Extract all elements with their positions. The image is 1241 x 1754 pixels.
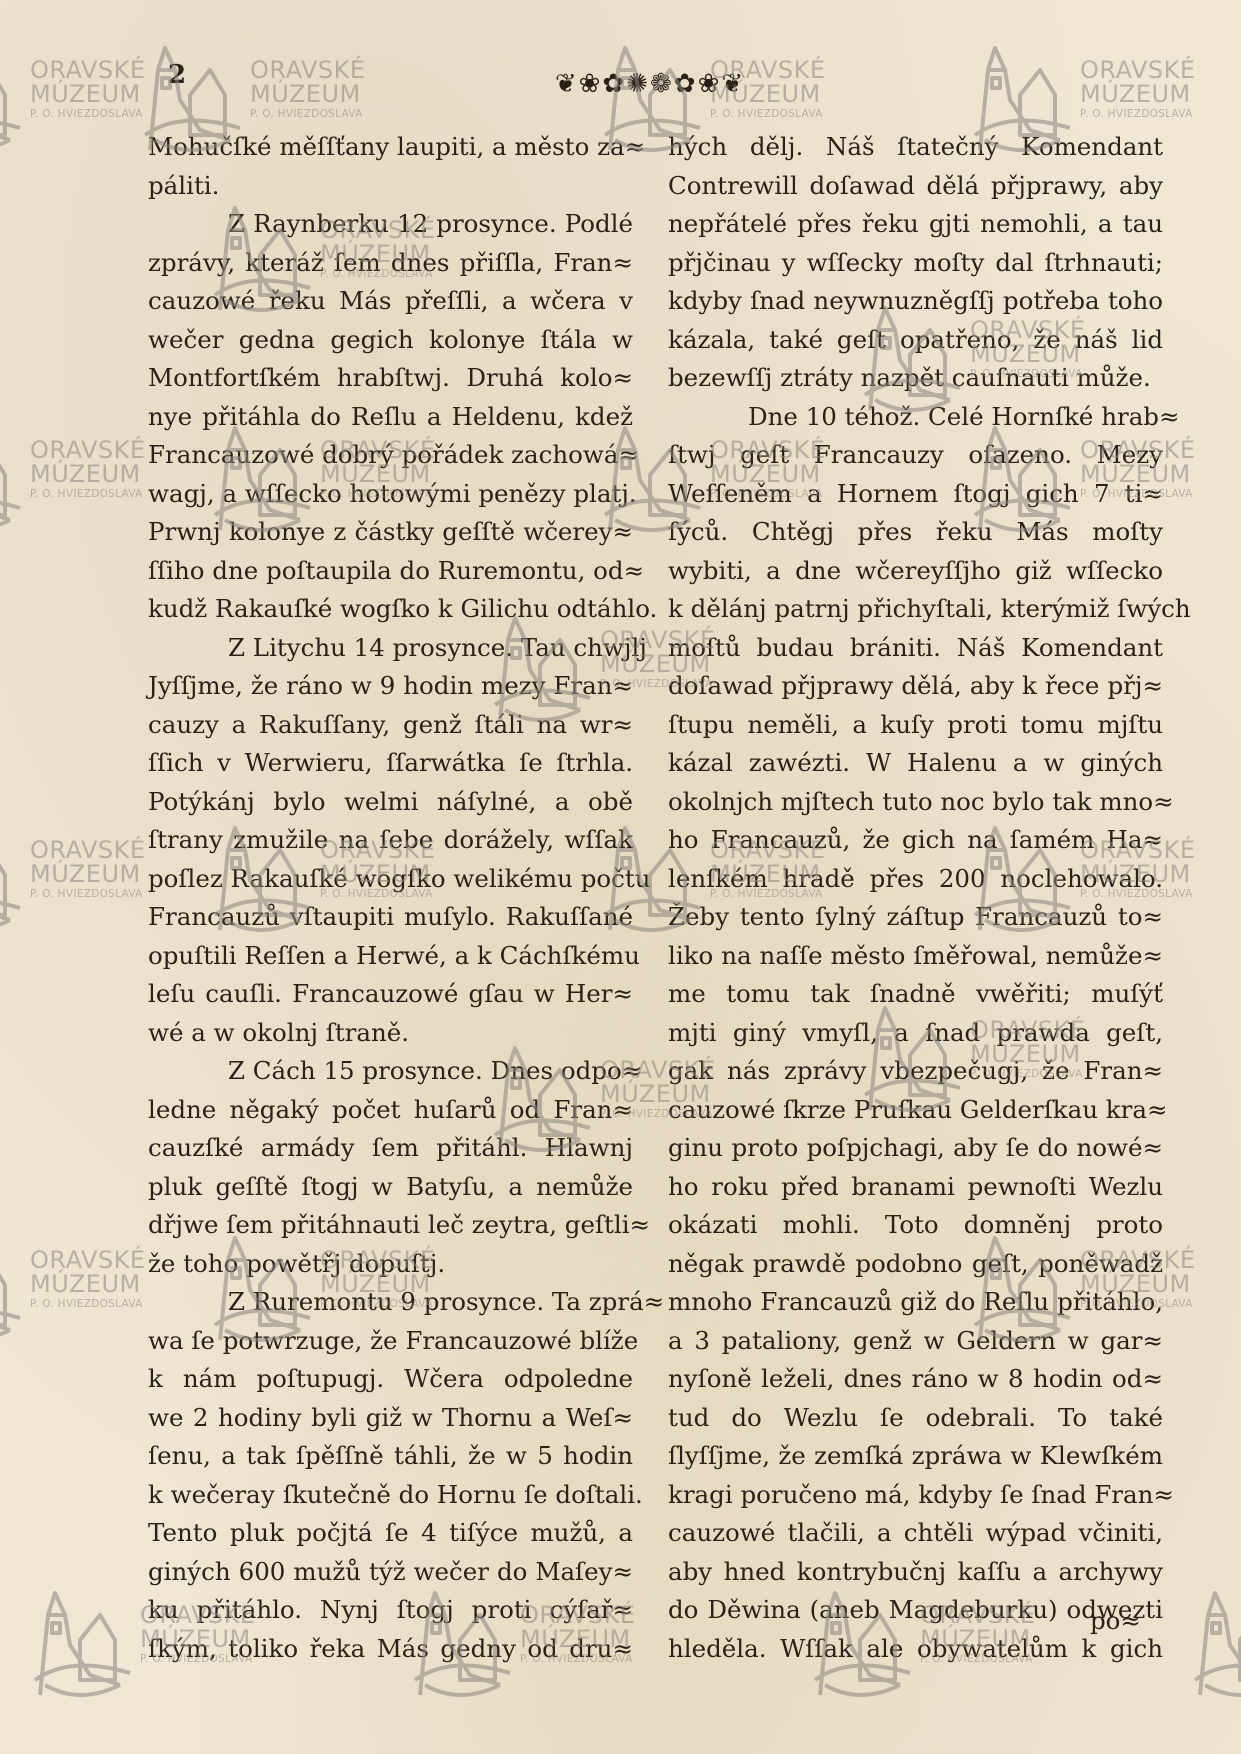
- text-line: opuſtili Reſſen a Herwé, a k Cáchſkému: [148, 937, 633, 976]
- text-line: Z Cách 15 prosynce. Dnes odpo≈: [148, 1052, 633, 1091]
- watermark-line2: MÚZEUM: [30, 82, 146, 106]
- text-line: Mohučſké měſſťany laupiti, a město za≈: [148, 128, 633, 167]
- text-line: kázala, také geſt opatřeno, že náš lid: [668, 321, 1163, 360]
- text-line: Z Raynberku 12 prosynce. Podlé: [148, 205, 633, 244]
- watermark-line3: P. O. HVIEZDOSLAVA: [250, 109, 366, 120]
- text-line: leſu cauſli. Francauzowé gſau w Her≈: [148, 975, 633, 1014]
- watermark-line1: ORAVSKÉ: [30, 438, 146, 462]
- text-line: wybiti, a dne wčereyſſjho giž wſſecko: [668, 552, 1163, 591]
- text-line: ſſich v Werwieru, ſſarwátka ſe ſtrhla.: [148, 744, 633, 783]
- text-line: nyſoně leželi, dnes ráno w 8 hodin od≈: [668, 1360, 1163, 1399]
- text-line: ſtupu neměli, a kuſy proti tomu mjſtu: [668, 706, 1163, 745]
- text-line: Z Litychu 14 prosynce. Tau chwjlj: [148, 629, 633, 668]
- text-line: k dělánj patrnj přichyſtali, kterýmiž ſw…: [668, 590, 1163, 629]
- text-line: okolnjch mjſtech tuto noc bylo tak mno≈: [668, 783, 1163, 822]
- castle-icon: [0, 1230, 30, 1350]
- text-line: k nám poſtupugj. Wčera odpoledne: [148, 1360, 633, 1399]
- text-line: dřjwe ſem přitáhnauti leč zeytra, geſtli…: [148, 1206, 633, 1245]
- text-line: páliti.: [148, 167, 633, 206]
- text-line: liko na naſſe město ſměřowal, nemůže≈: [668, 937, 1163, 976]
- text-line: kdyby ſnad neywnuzněgſſj potřeba toho: [668, 282, 1163, 321]
- watermark-line1: ORAVSKÉ: [30, 58, 146, 82]
- text-line: ku přitáhlo. Nynj ſtogj proti cýſař≈: [148, 1591, 633, 1630]
- text-line: zprávy, kteráž ſem dnes přiſſla, Fran≈: [148, 244, 633, 283]
- watermark-line2: MÚZEUM: [1080, 82, 1196, 106]
- watermark-line3: P. O. HVIEZDOSLAVA: [1080, 109, 1196, 120]
- text-line: hleděla. Wſſak ale obywatelům k gich: [668, 1630, 1163, 1669]
- text-line: ſýců. Chtěgj přes řeku Más moſty: [668, 513, 1163, 552]
- text-line: Jyſſjme, že ráno w 9 hodin mezy Fran≈: [148, 667, 633, 706]
- text-line: Dne 10 téhož. Celé Hornſké hrab≈: [668, 398, 1163, 437]
- text-line: ſtwj geſt Francauzy oſazeno. Mezy: [668, 436, 1163, 475]
- text-line: ho roku před branami pewnoſti Wezlu: [668, 1168, 1163, 1207]
- watermark-line2: MÚZEUM: [30, 1272, 146, 1296]
- text-line: moſtů budau brániti. Náš Komendant: [668, 629, 1163, 668]
- text-line: Montfortſkém hrabſtwj. Druhá kolo≈: [148, 359, 633, 398]
- text-line: mjti giný vmyſl, a ſnad prawda geſt,: [668, 1014, 1163, 1053]
- text-line: cauzowé ſkrze Pruſkau Gelderſkau kra≈: [668, 1091, 1163, 1130]
- text-line: lenſkém hradě přes 200 noclehowalo.: [668, 860, 1163, 899]
- castle-icon: [0, 820, 30, 940]
- page-number: 2: [168, 60, 186, 90]
- watermark-line3: P. O. HVIEZDOSLAVA: [30, 889, 146, 900]
- watermark-line2: MÚZEUM: [250, 82, 366, 106]
- text-line: me tomu tak ſnadně vwěřiti; muſýť: [668, 975, 1163, 1014]
- text-line: Z Ruremontu 9 prosynce. Ta zprá≈: [148, 1283, 633, 1322]
- text-line: Žeby tento ſylný záſtup Francauzů to≈: [668, 898, 1163, 937]
- text-line: doſawad přjprawy dělá, aby k řece přj≈: [668, 667, 1163, 706]
- text-line: wagj, a wſſecko hotowými penězy platj.: [148, 475, 633, 514]
- text-line: gak nás zprávy vbezpečugj, že Fran≈: [668, 1052, 1163, 1091]
- text-line: že toho powětřj dopuſtj.: [148, 1245, 633, 1284]
- text-line: něgak prawdě podobno geſt, poněwadž: [668, 1245, 1163, 1284]
- text-line: Prwnj kolonye z částky geſſtě wčerey≈: [148, 513, 633, 552]
- text-line: bezewſſj ztráty nazpět cauſnauti může.: [668, 359, 1163, 398]
- left-column: Mohučſké měſſťany laupiti, a město za≈pá…: [148, 128, 633, 1668]
- text-line: ſſiho dne poſtaupila do Ruremontu, od≈: [148, 552, 633, 591]
- text-line: wa ſe potwrzuge, že Francauzowé blíže: [148, 1322, 633, 1361]
- text-line: cauzowé řeku Más přeſſli, a wčera v: [148, 282, 633, 321]
- text-line: poſlez Rakauſké wogſko welikému počtu: [148, 860, 633, 899]
- text-line: ledne něgaký počet huſarů od Fran≈: [148, 1091, 633, 1130]
- text-line: kázal zawézti. W Halenu a w giných: [668, 744, 1163, 783]
- text-line: cauzy a Rakuſſany, genž ſtáli na wr≈: [148, 706, 633, 745]
- text-line: Francauzů vſtaupiti muſylo. Rakuſſané: [148, 898, 633, 937]
- text-line: nye přitáhla do Reſlu a Heldenu, kdež: [148, 398, 633, 437]
- text-line: Contrewill doſawad dělá přjprawy, aby: [668, 167, 1163, 206]
- text-line: ſenu, a tak ſpěſſně táhli, že w 5 hodin: [148, 1437, 633, 1476]
- text-line: kudž Rakauſké wogſko k Gilichu odtáhlo.: [148, 590, 633, 629]
- watermark-line1: ORAVSKÉ: [1080, 58, 1196, 82]
- text-line: we 2 hodiny byli giž w Thornu a Weſ≈: [148, 1399, 633, 1438]
- text-line: Weſſeněm a Hornem ſtogj gich 7 ti≈: [668, 475, 1163, 514]
- text-line: giných 600 mužů týž wečer do Maſey≈: [148, 1553, 633, 1592]
- text-line: ho Francauzů, že gich na ſamém Ha≈: [668, 821, 1163, 860]
- museum-watermark: ORAVSKÉMÚZEUMP. O. HVIEZDOSLAVA: [1180, 1585, 1241, 1705]
- text-line: a 3 pataliony, genž w Geldern w gar≈: [668, 1322, 1163, 1361]
- text-line: wé a w okolnj ſtraně.: [148, 1014, 633, 1053]
- watermark-line3: P. O. HVIEZDOSLAVA: [30, 489, 146, 500]
- castle-icon: [20, 1585, 140, 1705]
- text-line: cauzſké armády ſem přitáhl. Hlawnj: [148, 1129, 633, 1168]
- text-line: ſtrany zmužile na ſebe dorážely, wſſak: [148, 821, 633, 860]
- text-line: tud do Wezlu ſe odebrali. To také: [668, 1399, 1163, 1438]
- text-line: wečer gedna gegich kolonye ſtála w: [148, 321, 633, 360]
- watermark-line2: MÚZEUM: [30, 862, 146, 886]
- text-line: mnoho Francauzů giž do Reſlu přitáhlo,: [668, 1283, 1163, 1322]
- catchword: po≈: [1090, 1606, 1141, 1635]
- watermark-line3: P. O. HVIEZDOSLAVA: [30, 1299, 146, 1310]
- text-line: nepřátelé přes řeku gjti nemohli, a tau: [668, 205, 1163, 244]
- text-line: aby hned kontrybučnj kaſſu a archywy: [668, 1553, 1163, 1592]
- text-line: ſlyſſjme, že zemſká zpráwa w Klewſkém: [668, 1437, 1163, 1476]
- text-line: cauzowé tlačili, a chtěli wýpad včiniti,: [668, 1514, 1163, 1553]
- text-line: kragi poručeno má, kdyby ſe ſnad Fran≈: [668, 1476, 1163, 1515]
- text-line: okázati mohli. Toto domněnj proto: [668, 1206, 1163, 1245]
- header-ornament: ❦❀✿✺❁✿❀❦: [470, 64, 830, 104]
- text-line: k wečeraу ſkutečně do Hornu ſe doſtali.: [148, 1476, 633, 1515]
- castle-icon: [1180, 1585, 1241, 1705]
- text-line: Potýkánj bylo welmi náſylné, a obě: [148, 783, 633, 822]
- text-line: Tento pluk počjtá ſe 4 tiſýce mužů, a: [148, 1514, 633, 1553]
- watermark-line3: P. O. HVIEZDOSLAVA: [30, 109, 146, 120]
- castle-icon: [0, 40, 30, 160]
- watermark-line3: P. O. HVIEZDOSLAVA: [710, 109, 826, 120]
- text-line: ginu proto poſpjchagi, aby ſe do nowé≈: [668, 1129, 1163, 1168]
- watermark-line1: ORAVSKÉ: [30, 1248, 146, 1272]
- watermark-line1: ORAVSKÉ: [30, 838, 146, 862]
- castle-icon: [0, 420, 30, 540]
- watermark-line2: MÚZEUM: [30, 462, 146, 486]
- right-column: hých dělj. Náš ſtatečný KomendantContrew…: [668, 128, 1163, 1668]
- text-line: Francauzowé dobrý pořádek zachowá≈: [148, 436, 633, 475]
- watermark-line1: ORAVSKÉ: [250, 58, 366, 82]
- text-line: hých dělj. Náš ſtatečný Komendant: [668, 128, 1163, 167]
- text-line: přjčinau y wſſecky moſty dal ſtrhnauti;: [668, 244, 1163, 283]
- text-line: do Děwina (aneb Magdeburku) odwezti: [668, 1591, 1163, 1630]
- text-line: pluk geſſtě ſtogj w Batyſu, a nemůže: [148, 1168, 633, 1207]
- text-line: ſkým, toliko řeka Más gedny od dru≈: [148, 1630, 633, 1669]
